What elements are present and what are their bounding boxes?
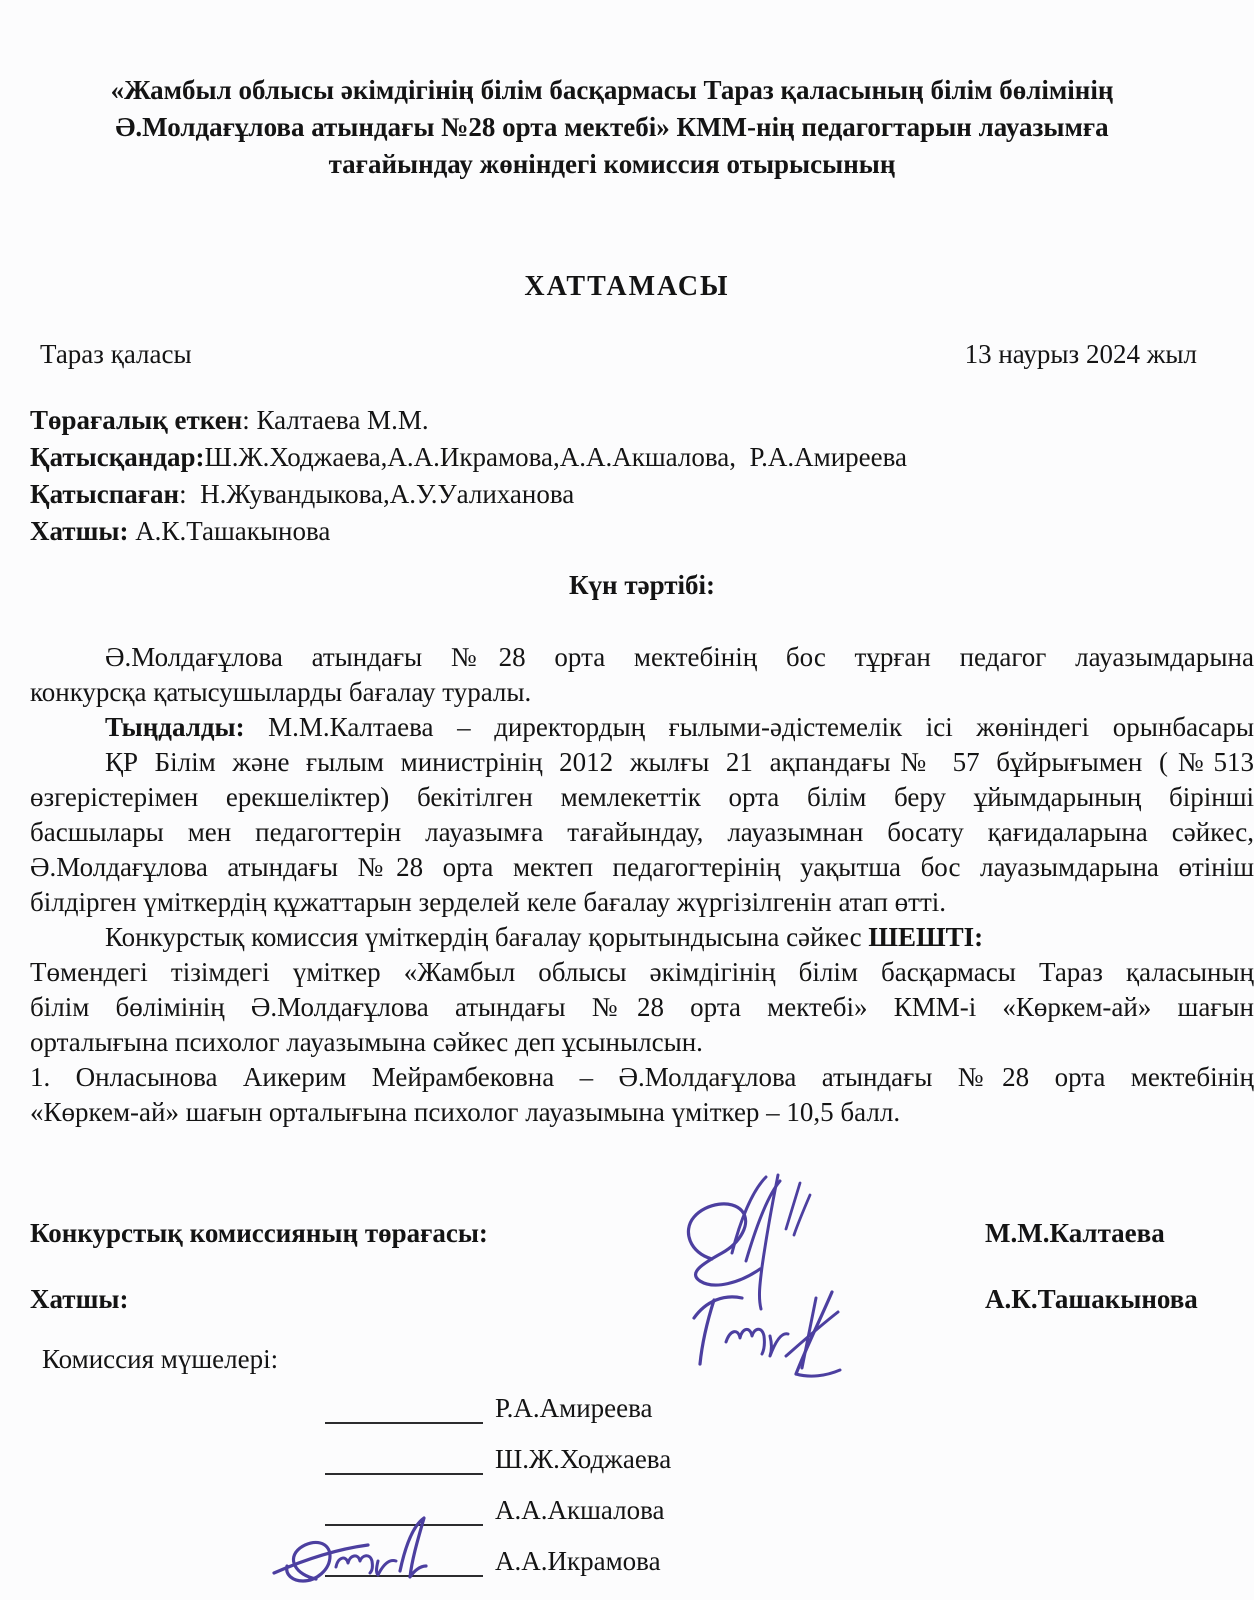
- member-name: Р.А.Амиреева: [483, 1391, 653, 1426]
- secretary-sign-row: Хатшы: А.К.Ташакынова: [30, 1281, 1254, 1317]
- document-line: Төмендегі тізімдегі үміткер «Жамбыл облы…: [30, 955, 1254, 990]
- document-line-text: орталығына психолог лауазымына сәйкес де…: [30, 1027, 703, 1057]
- document-line: 1. Онласынова Аикерим Мейрамбековна – Ә.…: [30, 1060, 1254, 1095]
- member-row: А.А.Акшалова: [325, 1479, 1254, 1530]
- document-line: білдірген үміткердің құжаттарын зерделей…: [30, 885, 1254, 920]
- meta-line-chairman: Төрағалық еткен: Калтаева М.М.: [30, 402, 1254, 439]
- chairman-name: М.М.Калтаева: [985, 1215, 1165, 1251]
- document-line: басшылары мен педагогтерін лауазымға тағ…: [30, 815, 1254, 850]
- member-row: Р.А.Амиреева: [325, 1377, 1254, 1428]
- document-body: Ә.Молдағұлова атындағы №28 орта мектебін…: [30, 640, 1254, 1130]
- document-line-text: Конкурстық комиссия үміткердің бағалау қ…: [105, 922, 868, 952]
- protocol-heading: ХАТТАМАСЫ: [30, 268, 1224, 306]
- document-line: Тыңдалды: М.М.Калтаева – директордың ғыл…: [30, 710, 1254, 745]
- meta-label: Төрағалық еткен: [30, 405, 242, 435]
- document-line-text: білім бөлімінің Ә.Молдағұлова атындағы №…: [30, 992, 1254, 1022]
- chairman-label: Конкурстық комиссияның төрағасы:: [30, 1218, 488, 1248]
- date-label: 13 наурыз 2024 жыл: [965, 336, 1197, 372]
- members-heading: Комиссия мүшелері:: [42, 1341, 1254, 1377]
- meta-line-present: Қатысқандар:Ш.Ж.Ходжаева,А.А.Икрамова,А.…: [30, 439, 1254, 476]
- meta-value: : Н.Жувандыкова,А.У.Уалиханова: [179, 479, 574, 509]
- page-title-line-2: Ә.Молдағұлова атындағы №28 орта мектебі»…: [30, 109, 1194, 146]
- meta-label: Хатшы:: [30, 516, 128, 546]
- member-row: Ш.Ж.Ходжаева: [325, 1428, 1254, 1479]
- document-line-text: Ә.Молдағұлова атындағы №28 орта мектеп п…: [30, 852, 1254, 882]
- member-row: А.А.Икрамова: [325, 1530, 1254, 1581]
- document-line: конкурсқа қатысушыларды бағалау туралы.: [30, 675, 1254, 710]
- member-name: А.А.Икрамова: [483, 1544, 661, 1579]
- document-line-text: Ә.Молдағұлова атындағы №28 орта мектебін…: [105, 642, 1254, 672]
- document-line-text: «Көркем-ай» шағын орталығына психолог ла…: [30, 1097, 900, 1127]
- page-title: «Жамбыл облысы әкімдігінің білім басқарм…: [30, 72, 1194, 183]
- document-line-text: білдірген үміткердің құжаттарын зерделей…: [30, 887, 946, 917]
- document-line: ҚР Білім және ғылым министрінің 2012 жыл…: [30, 745, 1254, 780]
- member-signature-line: [325, 1575, 483, 1577]
- member-signature-line: [325, 1473, 483, 1475]
- agenda-heading: Күн тәртібі:: [30, 566, 1254, 604]
- members-list: Р.А.АмирееваШ.Ж.ХоджаеваА.А.АкшаловаА.А.…: [30, 1377, 1254, 1581]
- document-line-text: ҚР Білім және ғылым министрінің 2012 жыл…: [105, 747, 1254, 777]
- document-line: орталығына психолог лауазымына сәйкес де…: [30, 1025, 1254, 1060]
- chairman-sign-row: Конкурстық комиссияның төрағасы: М.М.Кал…: [30, 1215, 1254, 1251]
- meta-value: А.К.Ташакынова: [128, 516, 330, 546]
- document-line: Ә.Молдағұлова атындағы №28 орта мектеп п…: [30, 850, 1254, 885]
- member-name: А.А.Акшалова: [483, 1493, 664, 1528]
- meta-label: Қатысқандар:: [30, 442, 205, 472]
- meta-line-secretary: Хатшы: А.К.Ташакынова: [30, 513, 1254, 550]
- document-line-bold-text: ШЕШТІ:: [868, 922, 983, 952]
- document-line-text: басшылары мен педагогтерін лауазымға тағ…: [30, 817, 1254, 847]
- document-line-text: Төмендегі тізімдегі үміткер «Жамбыл облы…: [30, 957, 1254, 987]
- member-signature-line: [325, 1524, 483, 1526]
- member-signature-line: [325, 1422, 483, 1424]
- page-title-line-1: «Жамбыл облысы әкімдігінің білім басқарм…: [30, 72, 1194, 109]
- meta-label: Қатыспаған: [30, 479, 179, 509]
- document-line: өзгерістерімен ерекшеліктер) бекітілген …: [30, 780, 1254, 815]
- meta-line-absent: Қатыспаған: Н.Жувандыкова,А.У.Уалиханова: [30, 476, 1254, 513]
- document-line-bold-text: Тыңдалды:: [105, 712, 245, 742]
- member-name: Ш.Ж.Ходжаева: [483, 1442, 671, 1477]
- secretary-name: А.К.Ташакынова: [985, 1281, 1198, 1317]
- document-line: Ә.Молдағұлова атындағы №28 орта мектебін…: [30, 640, 1254, 675]
- document-line-text: М.М.Калтаева – директордың ғылыми-әдісте…: [245, 712, 1254, 742]
- scanned-protocol-page: «Жамбыл облысы әкімдігінің білім басқарм…: [0, 0, 1254, 1600]
- place-date-row: Тараз қаласы 13 наурыз 2024 жыл: [30, 336, 1254, 372]
- meta-value: : Калтаева М.М.: [242, 405, 428, 435]
- document-line: білім бөлімінің Ә.Молдағұлова атындағы №…: [30, 990, 1254, 1025]
- document-line: Конкурстық комиссия үміткердің бағалау қ…: [30, 920, 1254, 955]
- secretary-label: Хатшы:: [30, 1284, 128, 1314]
- place-label: Тараз қаласы: [40, 336, 192, 372]
- meta-value: Ш.Ж.Ходжаева,А.А.Икрамова,А.А.Акшалова, …: [205, 442, 908, 472]
- document-line-text: 1. Онласынова Аикерим Мейрамбековна – Ә.…: [30, 1062, 1254, 1092]
- document-line-text: өзгерістерімен ерекшеліктер) бекітілген …: [30, 782, 1254, 812]
- page-title-line-3: тағайындау жөніндегі комиссия отырысының: [30, 146, 1194, 183]
- meta-block: Төрағалық еткен: Калтаева М.М. Қатысқанд…: [30, 402, 1254, 550]
- document-line-text: конкурсқа қатысушыларды бағалау туралы.: [30, 677, 531, 707]
- document-line: «Көркем-ай» шағын орталығына психолог ла…: [30, 1095, 1254, 1130]
